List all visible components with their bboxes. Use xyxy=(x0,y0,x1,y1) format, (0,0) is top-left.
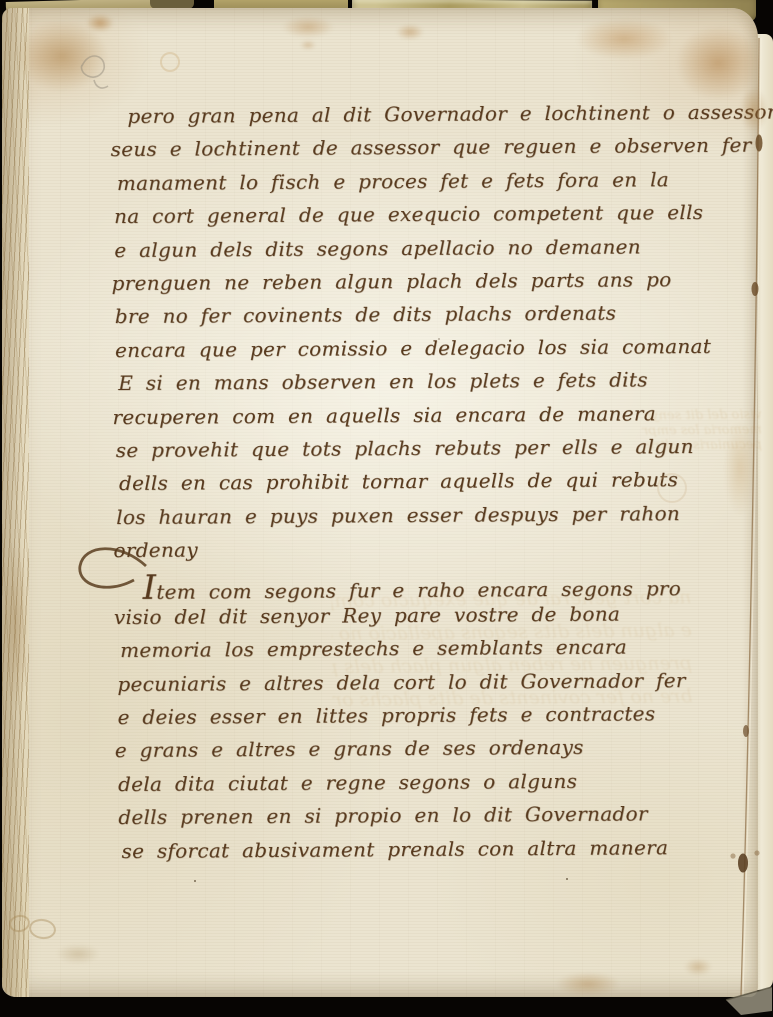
manuscript-text-block: pero gran pena al dit Governador e locht… xyxy=(113,100,700,872)
manuscript-line: los hauran e puys puxen esser despuys pe… xyxy=(116,501,698,538)
manuscript-line: na cort general de que exequcio competen… xyxy=(114,200,696,237)
speck-mark xyxy=(438,338,440,340)
manuscript-line: e deies esser en littes propris fets e c… xyxy=(118,701,700,738)
speck-mark xyxy=(194,880,196,882)
manuscript-line: e algun dels dits segons apellacio no de… xyxy=(114,234,696,271)
manuscript-line: visio del dit senyor Rey pare vostre de … xyxy=(114,601,699,638)
manuscript-line: seus e lochtinent de assessor que reguen… xyxy=(111,133,696,170)
manuscript-line: encara que per comissio e delegacio los … xyxy=(115,334,697,371)
speck-mark xyxy=(566,878,568,880)
manuscript-line: Item com segons fur e raho encara segons… xyxy=(143,567,699,604)
manuscript-line: dells prenen en si propio en lo dit Gove… xyxy=(118,801,700,838)
manuscript-line: manament lo fisch e proces fet e fets fo… xyxy=(117,167,696,204)
manuscript-paragraph: Item com segons fur e raho encara segons… xyxy=(117,567,701,872)
manuscript-line: se provehit que tots plachs rebuts per e… xyxy=(116,434,698,471)
manuscript-paragraph: pero gran pena al dit Governador e locht… xyxy=(113,100,698,572)
manuscript-page: na cort general de que exequcio competen… xyxy=(2,8,758,997)
manuscript-line: se sforcat abusivament prenals con altra… xyxy=(121,835,700,872)
manuscript-line: ordenay xyxy=(113,534,698,571)
manuscript-line: dells en cas prohibit tornar aquells de … xyxy=(119,467,698,504)
manuscript-photo: na cort general de que exequcio competen… xyxy=(0,0,773,1017)
manuscript-line: pero gran pena al dit Governador e locht… xyxy=(127,100,695,137)
manuscript-line: memoria los emprestechs e semblants enca… xyxy=(120,634,699,671)
book-gutter-page-edges xyxy=(2,8,29,997)
manuscript-line: bre no fer covinents de dits plachs orde… xyxy=(115,300,697,337)
manuscript-line: pecuniaris e altres dela cort lo dit Gov… xyxy=(117,668,699,705)
manuscript-line: E si en mans observen en los plets e fet… xyxy=(118,367,697,404)
manuscript-line: dela dita ciutat e regne segons o alguns xyxy=(118,768,700,805)
manuscript-line: recuperen com en aquells sia encara de m… xyxy=(112,400,697,437)
manuscript-line: prenguen ne reben algun plach dels parts… xyxy=(111,267,696,304)
manuscript-line: e grans e altres e grans de ses ordenays xyxy=(115,734,700,771)
